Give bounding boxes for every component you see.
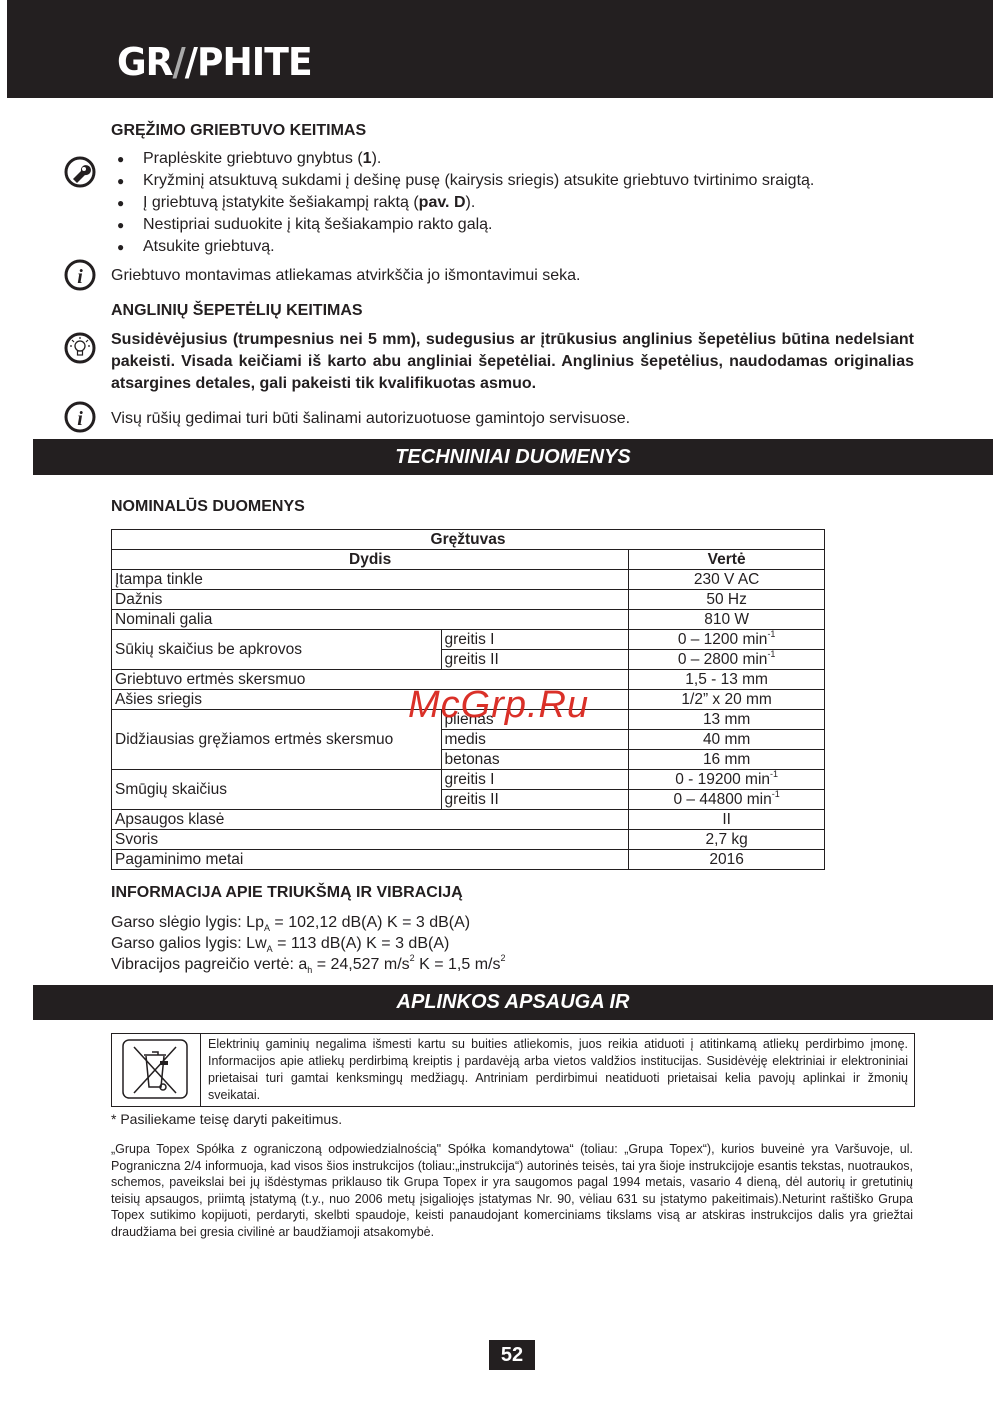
sound-pressure-line: Garso slėgio lygis: LpA = 102,12 dB(A) K… — [111, 912, 470, 934]
wrench-icon — [64, 156, 96, 188]
crossed-bin-icon — [122, 1039, 188, 1099]
table-row: Smūgių skaičiusgreitis I0 - 19200 min-1 — [112, 770, 825, 790]
page-number: 52 — [489, 1340, 535, 1370]
column-header-value: Vertė — [629, 550, 825, 570]
lightbulb-icon — [64, 332, 96, 364]
section-title-noise: INFORMACIJA APIE TRIUKŠMĄ IR VIBRACIJĄ — [111, 884, 463, 902]
svg-text:i: i — [77, 408, 83, 430]
table-title: Gręžtuvas — [112, 530, 825, 550]
section-band-tech-data: TECHNINIAI DUOMENYS — [33, 439, 993, 475]
weee-notice: Elektrinių gaminių negalima išmesti kart… — [111, 1033, 915, 1107]
table-row: Apsaugos klasėII — [112, 810, 825, 830]
vibration-line: Vibracijos pagreičio vertė: ah = 24,527 … — [111, 954, 506, 976]
list-item: Atsukite griebtuvą. — [117, 236, 814, 258]
legal-notice: „Grupa Topex Spółka z ograniczoną odpowi… — [111, 1141, 913, 1240]
section-title-nominal: NOMINALŪS DUOMENYS — [111, 498, 305, 516]
table-row: Sūkių skaičius be apkrovosgreitis I0 – 1… — [112, 630, 825, 650]
sound-power-line: Garso galios lygis: LwA = 113 dB(A) K = … — [111, 933, 449, 955]
table-row: Įtampa tinkle230 V AC — [112, 570, 825, 590]
list-item: Kryžminį atsuktuvą sukdami į dešinę pusę… — [117, 170, 814, 192]
table-row: Pagaminimo metai2016 — [112, 850, 825, 870]
section-band-environment: APLINKOS APSAUGA IR — [33, 985, 993, 1020]
weee-text: Elektrinių gaminių negalima išmesti kart… — [208, 1036, 908, 1104]
column-header-param: Dydis — [112, 550, 629, 570]
section-title-brushes: ANGLINIŲ ŠEPETĖLIŲ KEITIMAS — [111, 302, 363, 320]
brushes-info-text: Visų rūšių gedimai turi būti šalinami au… — [111, 408, 630, 430]
svg-text:i: i — [77, 266, 83, 288]
brushes-warning-text: Susidėvėjusius (trumpesnius nei 5 mm), s… — [111, 329, 914, 395]
list-item: Į griebtuvą įstatykite šešiakampį raktą … — [117, 192, 814, 214]
brand-logo: GR//PHITE — [117, 40, 312, 84]
list-item: Nestipriai suduokite į kitą šešiakampio … — [117, 214, 814, 236]
chuck-steps-list: Praplėskite griebtuvo gnybtus (1). Kryžm… — [117, 148, 814, 258]
page-header: GR//PHITE — [7, 0, 993, 98]
chuck-info-text: Griebtuvo montavimas atliekamas atvirkšč… — [111, 265, 581, 287]
disclaimer: * Pasiliekame teisę daryti pakeitimus. — [111, 1108, 342, 1130]
info-icon: i — [64, 259, 96, 291]
list-item: Praplėskite griebtuvo gnybtus (1). — [117, 148, 814, 170]
info-icon: i — [64, 401, 96, 433]
table-row: Nominali galia810 W — [112, 610, 825, 630]
table-row: Dažnis50 Hz — [112, 590, 825, 610]
table-row: Svoris2,7 kg — [112, 830, 825, 850]
watermark: McGrp.Ru — [408, 684, 589, 727]
section-title-chuck: GRĘŽIMO GRIEBTUVO KEITIMAS — [111, 122, 366, 140]
